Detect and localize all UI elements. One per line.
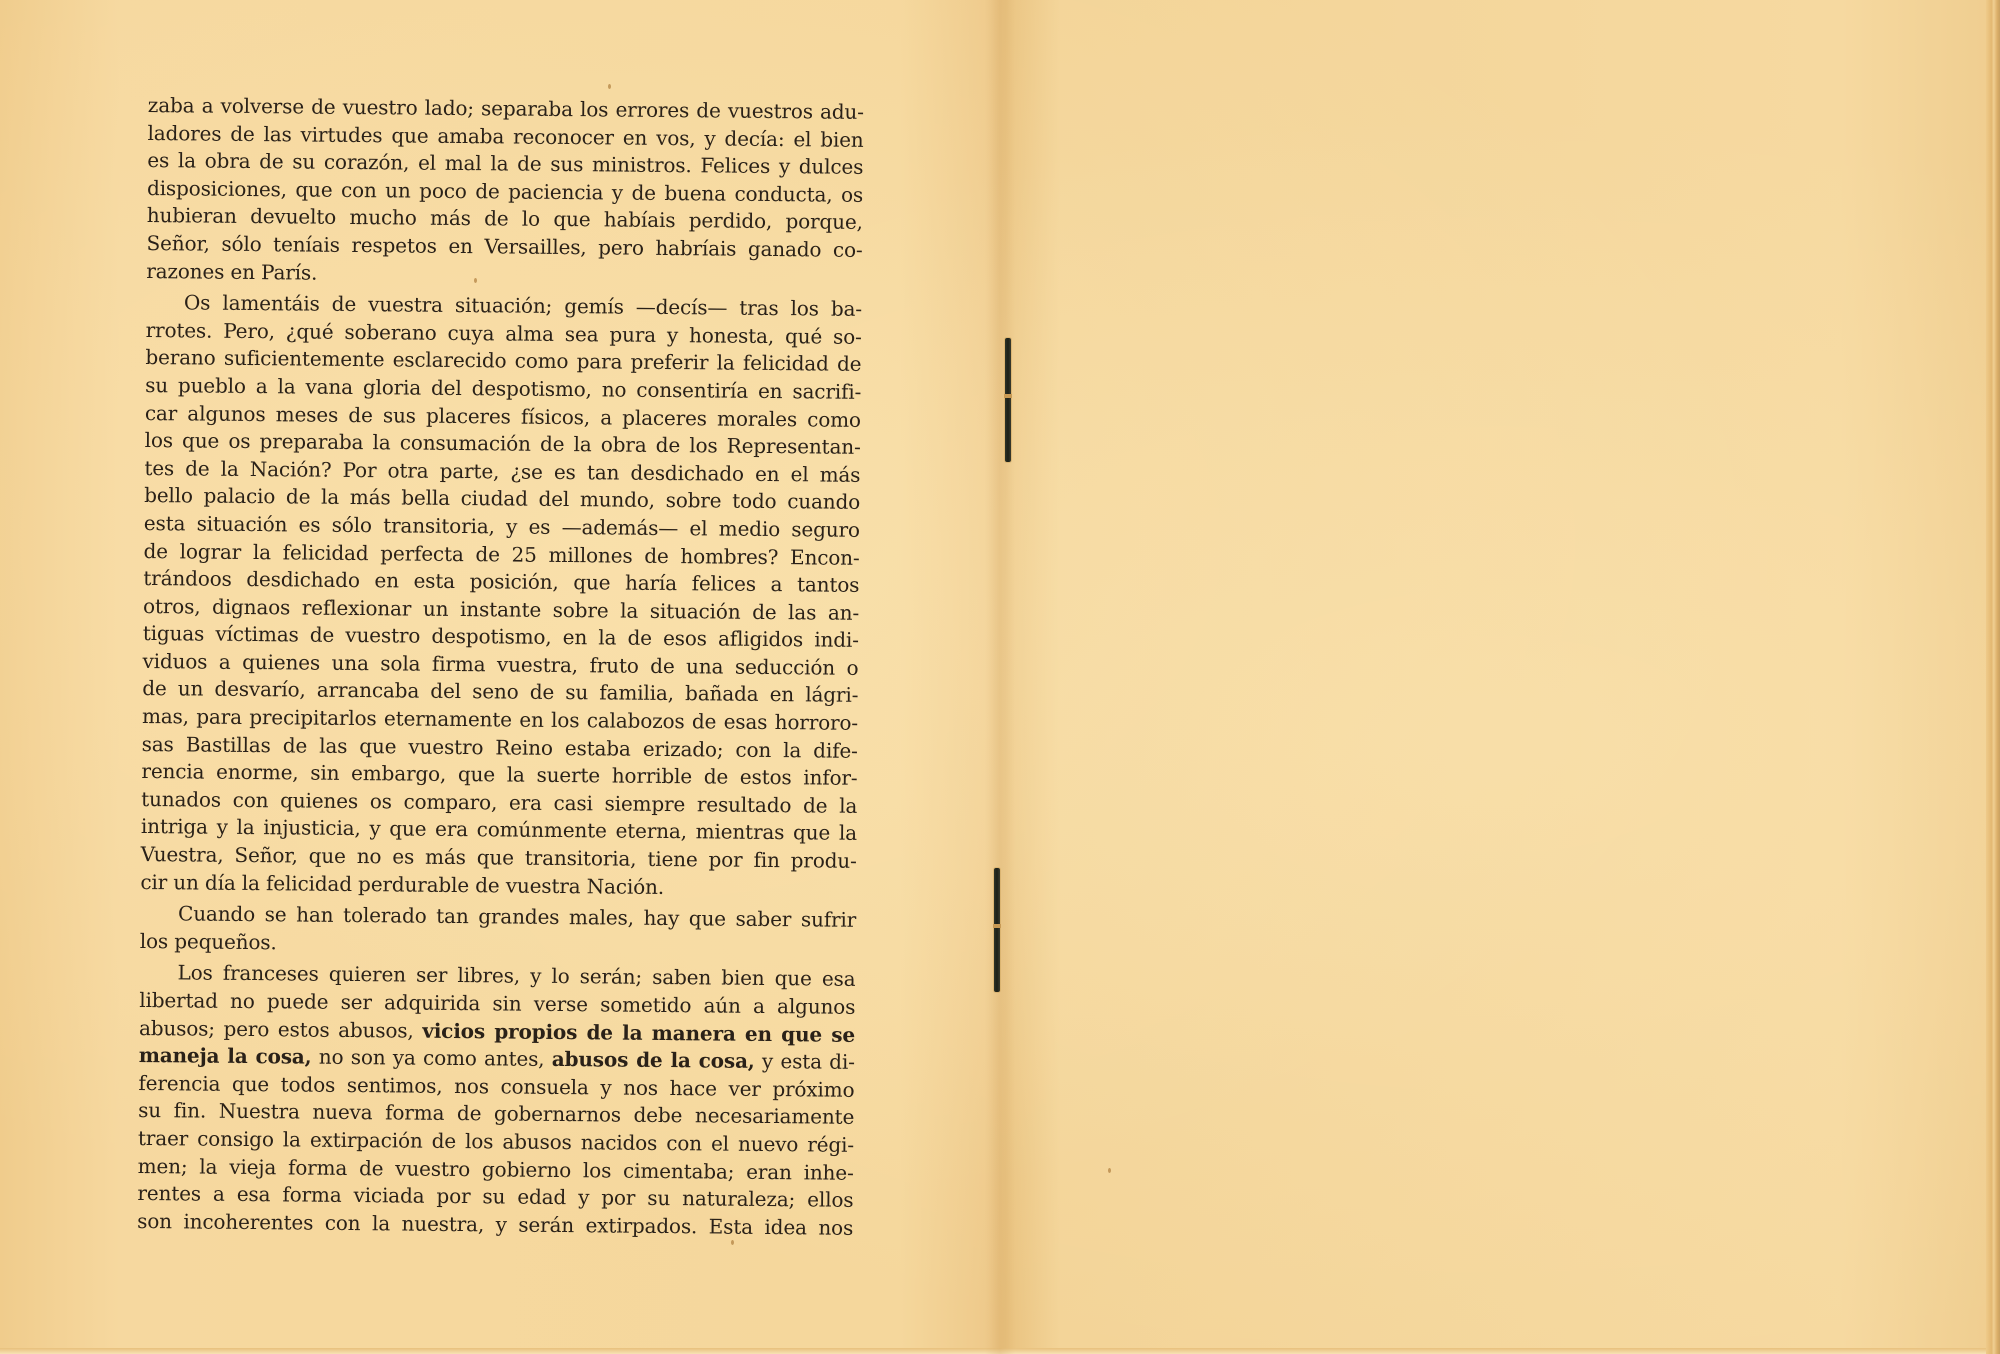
- text-run: no son ya como antes,: [311, 1045, 552, 1071]
- staple-bottom: [994, 868, 1000, 992]
- bold-phrase: maneja la cosa,: [139, 1043, 312, 1069]
- binding-gutter: [985, 0, 1015, 1354]
- paper-speck: [608, 84, 611, 89]
- right-page-bottom-edge: [1000, 1348, 2000, 1354]
- booklet-spread: zaba a volverse de vuestro lado; separab…: [0, 0, 2000, 1354]
- text-line: son incoherentes con la nuestra, y serán…: [137, 1208, 853, 1242]
- bold-phrase: vicios propios de la manera en que se: [422, 1018, 855, 1046]
- text-run: y esta di-: [755, 1049, 855, 1074]
- left-page-body: zaba a volverse de vuestro lado; separab…: [137, 92, 864, 1242]
- left-page-bottom-edge: [0, 1348, 1000, 1354]
- text-run: abusos; pero estos abusos,: [139, 1016, 423, 1043]
- paper-speck: [474, 278, 477, 283]
- staple-top: [1005, 338, 1011, 462]
- paper-speck: [731, 1240, 734, 1245]
- left-page: zaba a volverse de vuestro lado; separab…: [0, 0, 1000, 1354]
- bold-phrase: abusos de la cosa,: [552, 1047, 755, 1073]
- staple-bottom-joint: [993, 924, 1001, 928]
- right-page-fore-edge: [1986, 0, 2000, 1354]
- paper-speck: [1108, 1168, 1111, 1173]
- right-page: hace sufrir; pero la libertad que nos ti…: [1000, 0, 2000, 1354]
- staple-top-joint: [1004, 394, 1012, 398]
